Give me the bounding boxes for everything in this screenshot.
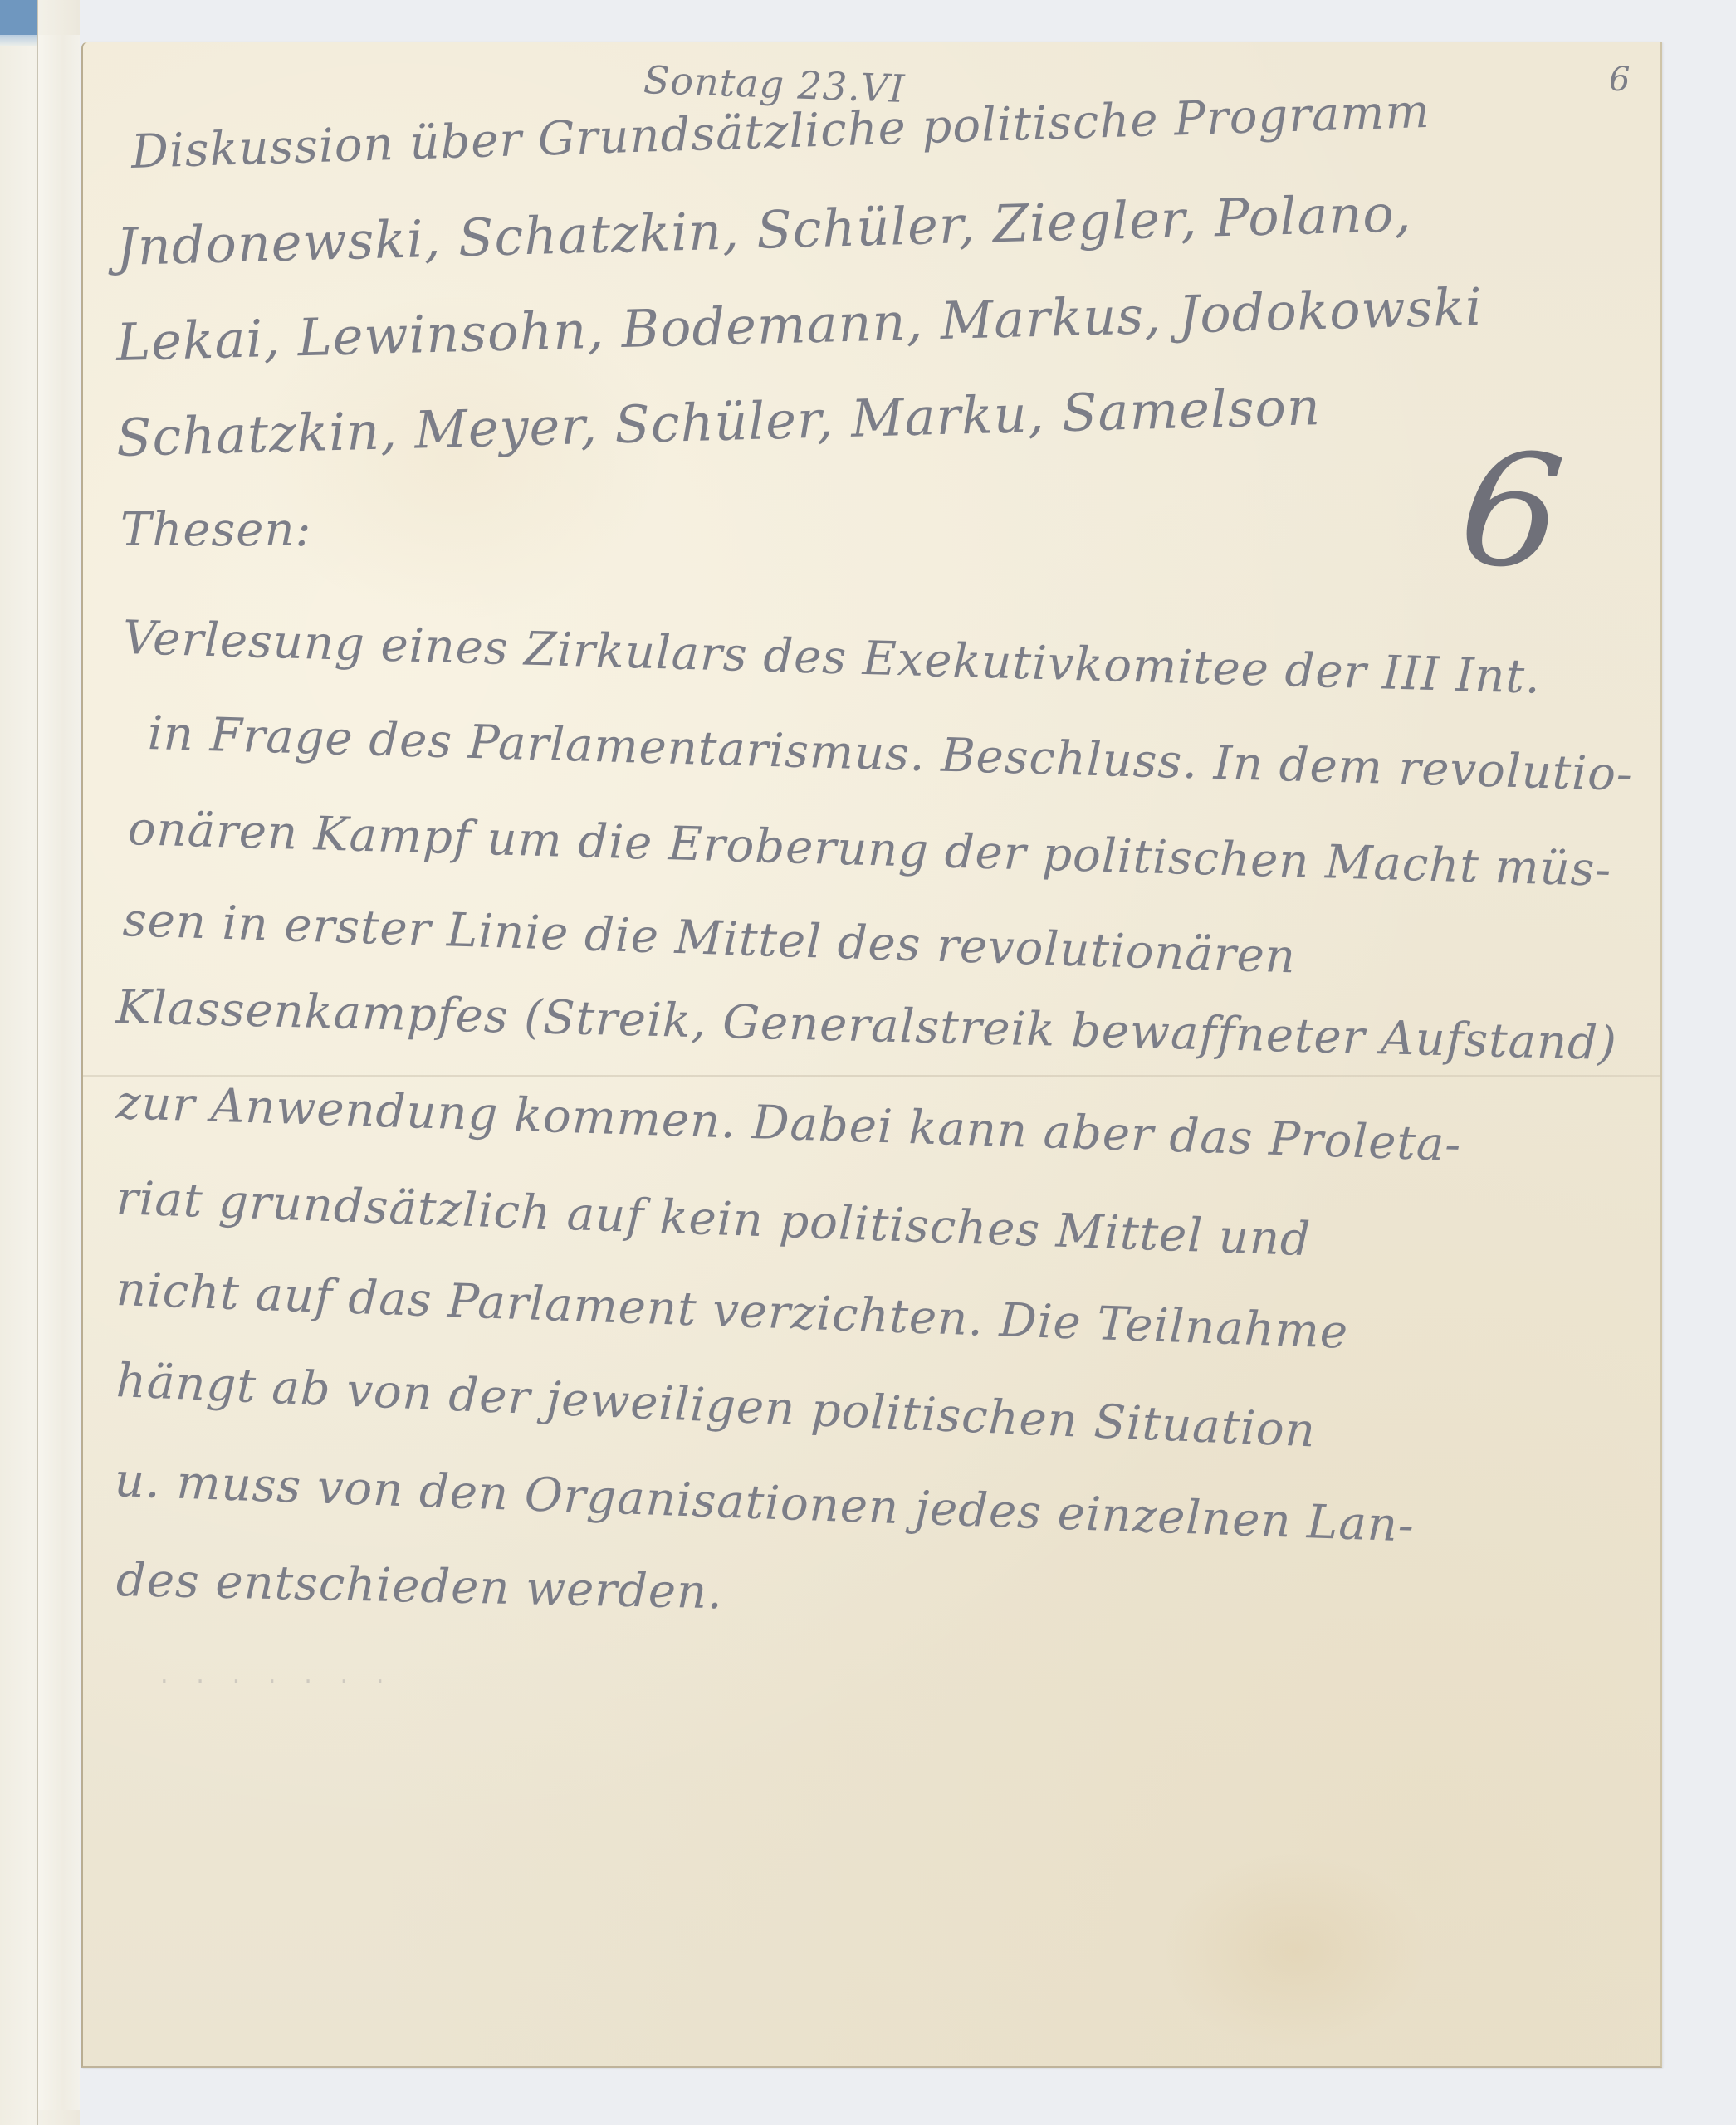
manuscript-line-8: onären Kampf um die Eroberung der politi…: [127, 802, 1612, 897]
manuscript-line-3: Lekai, Lewinsohn, Bodemann, Markus, Jodo…: [115, 276, 1484, 373]
manuscript-line-13: nicht auf das Parlament verzichten. Die …: [115, 1263, 1349, 1360]
paper-stain: [1162, 1852, 1428, 2051]
paper-fold-line: [83, 1075, 1660, 1077]
manuscript-line-12: riat grundsätzlich auf kein politisches …: [115, 1171, 1312, 1267]
manuscript-line-15: u. muss von den Organisationen jedes ein…: [114, 1453, 1416, 1553]
manuscript-line-14: hängt ab von der jeweiligen politischen …: [115, 1354, 1318, 1458]
manuscript-line-5: Thesen:: [120, 503, 311, 557]
manuscript-line-10: Klassenkampfes (Streik, Generalstreik be…: [115, 980, 1617, 1071]
manuscript-line-2: Jndonewski, Schatzkin, Schüler, Ziegler,…: [115, 183, 1412, 277]
manuscript-line-9: sen in erster Linie die Mittel des revol…: [122, 893, 1297, 984]
manuscript-line-16: des entschieden werden.: [115, 1553, 723, 1619]
manuscript-line-7: in Frage des Parlamentarismus. Beschluss…: [147, 706, 1634, 802]
blue-cover-fade: [0, 35, 37, 46]
folio-mark: 6: [1453, 427, 1569, 595]
bleedthrough-marks: · · · · · · ·: [158, 1669, 392, 1694]
manuscript-sheet: Sontag 23.VI 6 Diskussion über Grundsätz…: [81, 42, 1662, 2068]
blue-cover-edge: [0, 0, 37, 35]
binding-margin: [0, 0, 80, 2125]
manuscript-line-11: zur Anwendung kommen. Dabei kann aber da…: [115, 1076, 1462, 1172]
page-number: 6: [1609, 61, 1630, 99]
manuscript-line-6: Verlesung eines Zirkulars des Exekutivko…: [122, 611, 1542, 705]
binding-fold: [38, 35, 80, 2110]
